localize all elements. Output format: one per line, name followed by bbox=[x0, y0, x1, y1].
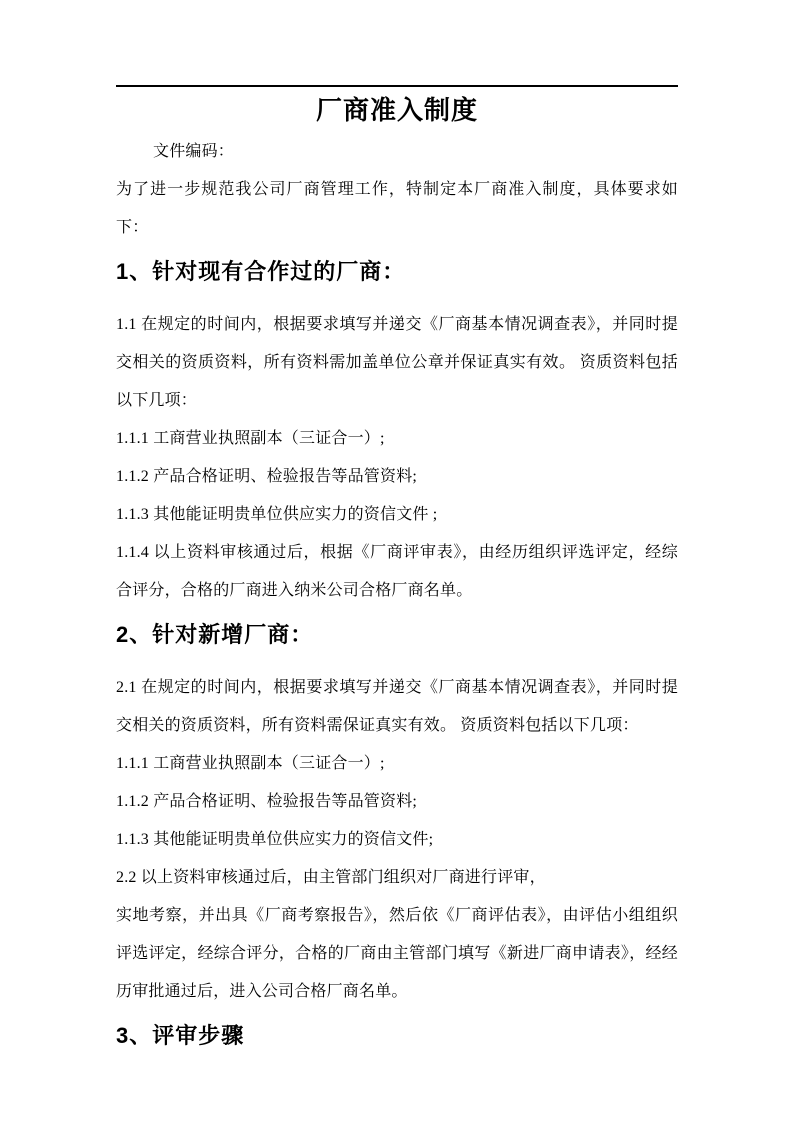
section-1-heading: 1、针对现有合作过的厂商： bbox=[116, 257, 678, 287]
para-1-1-1: 1.1.1 工商营业执照副本（三证合一）; bbox=[116, 420, 678, 458]
para-1-1-4: 1.1.4 以上资料审核通过后，根据《厂商评审表》，由经历组织评选评定，经综合评… bbox=[116, 534, 678, 610]
section-2-heading: 2、针对新增厂商： bbox=[116, 620, 678, 650]
para-2-2-continued: 实地考察，并出具《厂商考察报告》，然后依《厂商评估表》，由评估小组组织评选评定，… bbox=[116, 897, 678, 1011]
para-1-1-2: 1.1.2 产品合格证明、检验报告等品管资料; bbox=[116, 458, 678, 496]
para-1-1: 1.1 在规定的时间内，根据要求填写并递交《厂商基本情况调查表》，并同时提交相关… bbox=[116, 306, 678, 420]
document-title: 厂商准入制度 bbox=[116, 87, 678, 133]
para-2-1: 2.1 在规定的时间内，根据要求填写并递交《厂商基本情况调查表》，并同时提交相关… bbox=[116, 669, 678, 745]
para-2-1-3: 1.1.3 其他能证明贵单位供应实力的资信文件; bbox=[116, 821, 678, 859]
document-page: 厂商准入制度 文件编码： 为了进一步规范我公司厂商管理工作，特制定本厂商准入制度… bbox=[0, 0, 793, 1122]
file-code-line: 文件编码： bbox=[116, 133, 678, 171]
para-2-1-1: 1.1.1 工商营业执照副本（三证合一）; bbox=[116, 745, 678, 783]
intro-paragraph: 为了进一步规范我公司厂商管理工作，特制定本厂商准入制度，具体要求如下： bbox=[116, 171, 678, 247]
para-2-1-2: 1.1.2 产品合格证明、检验报告等品管资料; bbox=[116, 783, 678, 821]
para-1-1-3: 1.1.3 其他能证明贵单位供应实力的资信文件 ; bbox=[116, 496, 678, 534]
section-new-vendors: 2、针对新增厂商： 2.1 在规定的时间内，根据要求填写并递交《厂商基本情况调查… bbox=[116, 620, 678, 1011]
section-existing-vendors: 1、针对现有合作过的厂商： 1.1 在规定的时间内，根据要求填写并递交《厂商基本… bbox=[116, 257, 678, 610]
section-3-heading: 3、评审步骤 bbox=[116, 1021, 678, 1051]
header-divider bbox=[116, 0, 678, 87]
para-2-2: 2.2 以上资料审核通过后，由主管部门组织对厂商进行评审， bbox=[116, 859, 678, 897]
section-review-steps: 3、评审步骤 bbox=[116, 1021, 678, 1051]
